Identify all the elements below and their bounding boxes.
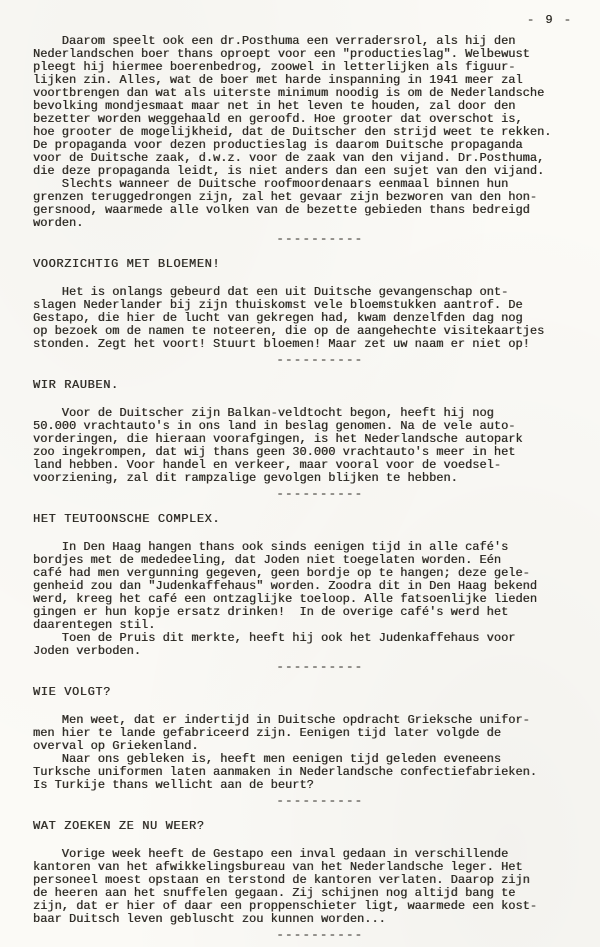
paragraph: Men weet, dat er indertijd in Duitsche o…: [33, 714, 575, 753]
paragraph: Toen de Pruis dit merkte, heeft hij ook …: [33, 632, 575, 658]
section-divider: ----------: [65, 795, 575, 808]
paragraph: Voor de Duitscher zijn Balkan-veldtocht …: [33, 407, 575, 485]
section-wie-volgt: WIE VOLGT? Men weet, dat er indertijd in…: [33, 686, 575, 808]
section-wir-rauben: WIR RAUBEN. Voor de Duitscher zijn Balka…: [33, 379, 575, 501]
section-wat-zoeken-ze-nu-weer: WAT ZOEKEN ZE NU WEER? Vorige week heeft…: [33, 820, 575, 942]
section-heading: WAT ZOEKEN ZE NU WEER?: [33, 820, 575, 833]
page-number: - 9 -: [33, 14, 575, 27]
paragraph: Vorige week heeft de Gestapo een inval g…: [33, 848, 575, 926]
paragraph: In Den Haag hangen thans ook sinds eenig…: [33, 541, 575, 632]
section-heading: VOORZICHTIG MET BLOEMEN!: [33, 258, 575, 271]
section-divider: ----------: [65, 929, 575, 942]
paragraph: Daarom speelt ook een dr.Posthuma een ve…: [33, 35, 575, 178]
paragraph: Het is onlangs gebeurd dat een uit Duits…: [33, 286, 575, 351]
section-divider: ----------: [65, 233, 575, 246]
paragraph: Naar ons gebleken is, heeft men eenigen …: [33, 753, 575, 792]
section-voorzichtig-met-bloemen: VOORZICHTIG MET BLOEMEN! Het is onlangs …: [33, 258, 575, 367]
section-teutoonsche-complex: HET TEUTOONSCHE COMPLEX. In Den Haag han…: [33, 513, 575, 674]
document-page: - 9 - Daarom speelt ook een dr.Posthuma …: [0, 0, 600, 947]
section-divider: ----------: [65, 488, 575, 501]
section-posthuma-intro: Daarom speelt ook een dr.Posthuma een ve…: [33, 35, 575, 246]
section-heading: WIE VOLGT?: [33, 686, 575, 699]
section-divider: ----------: [65, 661, 575, 674]
section-heading: WIR RAUBEN.: [33, 379, 575, 392]
paragraph: Slechts wanneer de Duitsche roofmoordena…: [33, 178, 575, 230]
section-divider: ----------: [65, 354, 575, 367]
section-heading: HET TEUTOONSCHE COMPLEX.: [33, 513, 575, 526]
